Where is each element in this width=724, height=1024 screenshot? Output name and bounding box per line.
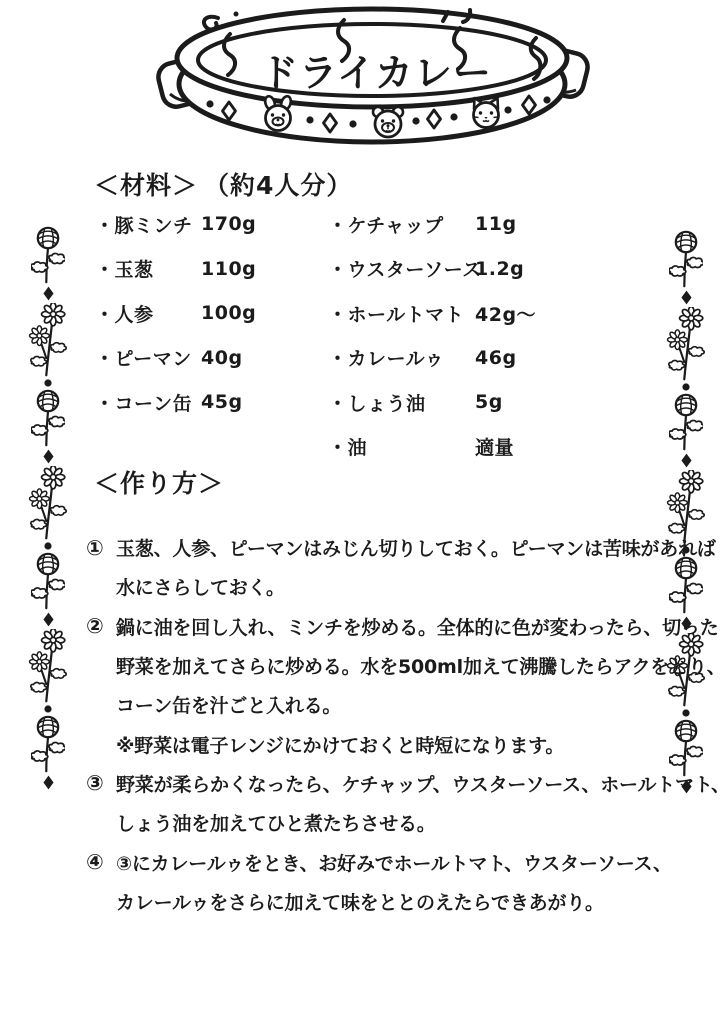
instruction-step-2: ② 鍋に油を回し入れ、ミンチを炒める。全体的に色が変わったら、切った 野菜を加え… (86, 607, 686, 764)
serving-note: （約4人分） (204, 171, 352, 200)
ingredient-name: ・ケチャップ (328, 211, 444, 238)
ingredient-name: ・カレールゥ (328, 344, 444, 371)
dot-separator-icon (44, 542, 52, 550)
step-line: 玉葱、人参、ピーマンはみじん切りしておく。ピーマンは苦味があれば (116, 528, 716, 567)
clover-flower-icon (669, 230, 703, 288)
ingredient-name: ・ウスターソース (328, 255, 482, 282)
clover-flower-icon (31, 389, 65, 447)
step-line: しょう油を加えてひと煮たちさせる。 (116, 803, 724, 842)
clover-flower-icon (31, 715, 65, 773)
step-number: ① (86, 528, 116, 567)
step-number: ② (86, 607, 116, 646)
dot-separator-icon (682, 383, 690, 391)
step-number: ③ (86, 764, 116, 803)
step-line: コーン缶を汁ごと入れる。 (116, 685, 724, 724)
recipe-document: ドライカレー ＜材料＞（約4人分） (0, 0, 724, 1024)
ingredient-amount: 170g (201, 213, 256, 235)
cat-face-icon (474, 98, 499, 128)
title-pot-illustration: ドライカレー (152, 4, 592, 154)
dot-separator-icon (44, 705, 52, 713)
daisy-flower-icon (28, 466, 68, 540)
daisy-flower-icon (666, 307, 706, 381)
diamond-separator-icon (43, 449, 54, 464)
ingredient-amount: 1.2g (475, 258, 524, 280)
step-text: 野菜が柔らかくなったら、ケチャップ、ウスターソース、ホールトマト、 しょう油を加… (116, 764, 724, 843)
ingredient-name: ・人参 (95, 300, 154, 327)
instructions-steps: ① 玉葱、人参、ピーマンはみじん切りしておく。ピーマンは苦味があれば 水にさらし… (86, 528, 686, 921)
ingredient-row: ・カレールゥ 46g (328, 336, 482, 381)
ingredient-amount: 110g (201, 258, 256, 280)
diamond-separator-icon (681, 453, 692, 468)
ingredient-row: ・ホールトマト 42g～ (328, 291, 482, 336)
instruction-step-4: ④ ③にカレールゥをとき、お好みでホールトマト、ウスターソース、 カレールゥをさ… (86, 842, 686, 921)
bear-face-icon (373, 107, 403, 137)
ingredient-amount: 適量 (475, 433, 514, 460)
step-text: 鍋に油を回し入れ、ミンチを炒める。全体的に色が変わったら、切った 野菜を加えてさ… (116, 607, 724, 764)
diamond-separator-icon (43, 775, 54, 790)
ingredient-amount: 40g (201, 347, 243, 369)
ingredients-right-column: ・ケチャップ 11g ・ウスターソース 1.2g ・ホールトマト 42g～ ・カ… (328, 202, 482, 469)
step-line: ③にカレールゥをとき、お好みでホールトマト、ウスターソース、 (116, 842, 686, 881)
clover-flower-icon (31, 226, 65, 284)
daisy-flower-icon (28, 303, 68, 377)
dot-icon (412, 117, 419, 124)
ingredient-row: ・コーン缶 45g (95, 380, 193, 425)
ingredient-amount: 45g (201, 391, 243, 413)
ingredients-heading-label: ＜材料＞ (94, 171, 198, 200)
ingredient-row: ・しょう油 5g (328, 380, 482, 425)
clover-flower-icon (669, 393, 703, 451)
ingredient-row: ・油 適量 (328, 425, 482, 470)
ingredient-name: ・玉葱 (95, 255, 154, 282)
ingredients-left-column: ・豚ミンチ 170g ・玉葱 110g ・人参 100g ・ピーマン 40g ・… (95, 202, 193, 425)
ingredient-name: ・油 (328, 433, 367, 460)
dot-icon (306, 116, 313, 123)
daisy-flower-icon (28, 629, 68, 703)
step-line: 鍋に油を回し入れ、ミンチを炒める。全体的に色が変わったら、切った (116, 607, 724, 646)
ingredient-amount: 46g (475, 347, 517, 369)
ingredient-row: ・人参 100g (95, 291, 193, 336)
step-line: 水にさらしておく。 (116, 567, 716, 606)
dot-separator-icon (44, 379, 52, 387)
instructions-heading: ＜作り方＞ (94, 468, 224, 500)
ingredient-amount: 100g (201, 302, 256, 324)
ingredient-row: ・ピーマン 40g (95, 336, 193, 381)
step-line: カレールゥをさらに加えて味をととのえたらできあがり。 (116, 882, 686, 921)
ingredients-heading: ＜材料＞（約4人分） (94, 166, 352, 202)
ingredient-amount: 42g～ (475, 300, 536, 327)
clover-flower-icon (31, 552, 65, 610)
step-line: 野菜が柔らかくなったら、ケチャップ、ウスターソース、ホールトマト、 (116, 764, 724, 803)
step-note-line: ※野菜は電子レンジにかけておくと時短になります。 (116, 724, 724, 763)
ingredient-amount: 11g (475, 213, 517, 235)
page-title: ドライカレー (260, 51, 492, 95)
dot-icon (450, 113, 457, 120)
ingredient-name: ・豚ミンチ (95, 211, 193, 238)
step-number: ④ (86, 842, 116, 881)
ingredient-row: ・玉葱 110g (95, 247, 193, 292)
ingredient-row: ・ウスターソース 1.2g (328, 247, 482, 292)
diamond-separator-icon (681, 290, 692, 305)
step-line: 野菜を加えてさらに炒める。水を500ml加えて沸騰したらアクをとり、 (116, 646, 724, 685)
dot-icon (543, 96, 550, 103)
dot-icon (504, 106, 511, 113)
ingredient-name: ・しょう油 (328, 389, 426, 416)
step-text: 玉葱、人参、ピーマンはみじん切りしておく。ピーマンは苦味があれば 水にさらしてお… (116, 528, 716, 607)
left-flower-border (26, 226, 70, 801)
dot-icon (206, 100, 213, 107)
ingredient-name: ・ホールトマト (328, 300, 464, 327)
diamond-separator-icon (43, 612, 54, 627)
instruction-step-3: ③ 野菜が柔らかくなったら、ケチャップ、ウスターソース、ホールトマト、 しょう油… (86, 764, 686, 843)
ingredient-name: ・ピーマン (95, 344, 192, 371)
step-text: ③にカレールゥをとき、お好みでホールトマト、ウスターソース、 カレールゥをさらに… (116, 842, 686, 921)
dot-icon (349, 120, 356, 127)
diamond-separator-icon (43, 286, 54, 301)
ingredient-row: ・ケチャップ 11g (328, 202, 482, 247)
ingredient-row: ・豚ミンチ 170g (95, 202, 193, 247)
ingredient-amount: 5g (475, 391, 503, 413)
ingredient-name: ・コーン缶 (95, 389, 192, 416)
instruction-step-1: ① 玉葱、人参、ピーマンはみじん切りしておく。ピーマンは苦味があれば 水にさらし… (86, 528, 686, 607)
